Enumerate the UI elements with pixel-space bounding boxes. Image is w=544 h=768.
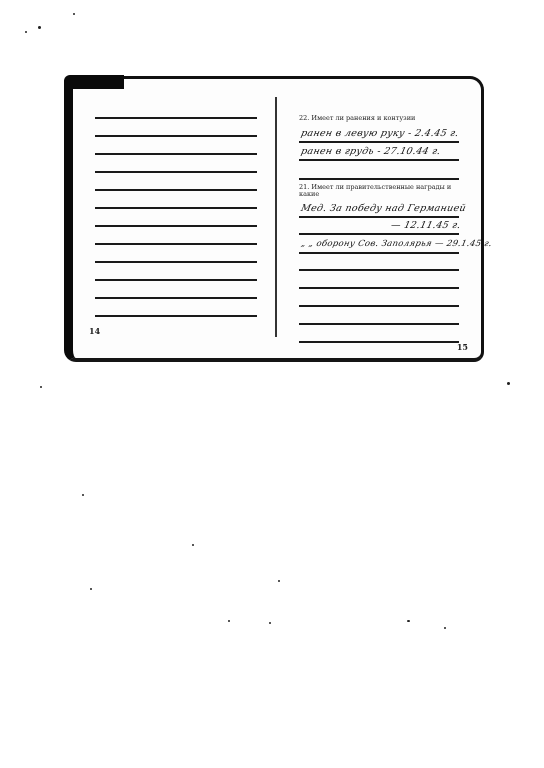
answer-wound-1: ранен в левую руку - 2.4.45 г. xyxy=(300,128,460,139)
answer-line xyxy=(299,216,459,218)
answer-award-1-date: — 12.11.45 г. xyxy=(390,220,462,231)
blank-line xyxy=(299,269,459,271)
blank-line xyxy=(299,341,459,343)
answer-award-2: „ „ оборону Сов. Заполярья — 29.1.45 г. xyxy=(300,239,493,249)
answer-line xyxy=(299,141,459,143)
answer-line xyxy=(299,233,459,235)
question-wounds: 22. Имеет ли ранения и контузии xyxy=(299,115,469,122)
blank-line xyxy=(95,243,257,245)
scan-speck xyxy=(73,13,75,15)
blank-line xyxy=(95,171,257,173)
blank-line xyxy=(299,323,459,325)
scan-speck xyxy=(444,627,446,629)
question-awards: 21. Имеет ли правительственные награды и… xyxy=(299,184,469,198)
scan-speck xyxy=(228,620,230,622)
blank-line xyxy=(95,135,257,137)
page-number-left: 14 xyxy=(89,326,100,336)
scan-speck xyxy=(90,588,92,590)
blank-line xyxy=(299,287,459,289)
scan-speck xyxy=(192,544,194,546)
right-page: 22. Имеет ли ранения и контузии ранен в … xyxy=(279,79,484,358)
left-page: 14 xyxy=(73,79,273,358)
answer-wound-2: ранен в грудь - 27.10.44 г. xyxy=(300,146,442,157)
blank-line xyxy=(95,297,257,299)
booklet-spread: 14 22. Имеет ли ранения и контузии ранен… xyxy=(64,76,484,362)
blank-line xyxy=(95,315,257,317)
blank-line xyxy=(95,279,257,281)
scan-speck xyxy=(278,580,280,582)
scan-speck xyxy=(269,622,271,624)
answer-line xyxy=(299,252,459,254)
answer-award-1: Мед. За победу над Германией xyxy=(300,203,467,214)
scan-speck xyxy=(38,26,41,29)
scan-speck xyxy=(407,620,410,622)
blank-line xyxy=(95,261,257,263)
scan-speck xyxy=(40,386,42,388)
scan-speck xyxy=(82,494,84,496)
section-divider xyxy=(299,178,459,180)
blank-line xyxy=(95,207,257,209)
blank-line xyxy=(95,153,257,155)
blank-line xyxy=(95,189,257,191)
blank-line xyxy=(95,117,257,119)
blank-line xyxy=(95,225,257,227)
scan-speck xyxy=(25,31,27,33)
blank-line xyxy=(299,305,459,307)
answer-line xyxy=(299,159,459,161)
book-spine xyxy=(275,97,277,337)
page-number-right: 15 xyxy=(457,342,468,352)
scan-speck xyxy=(507,382,510,385)
